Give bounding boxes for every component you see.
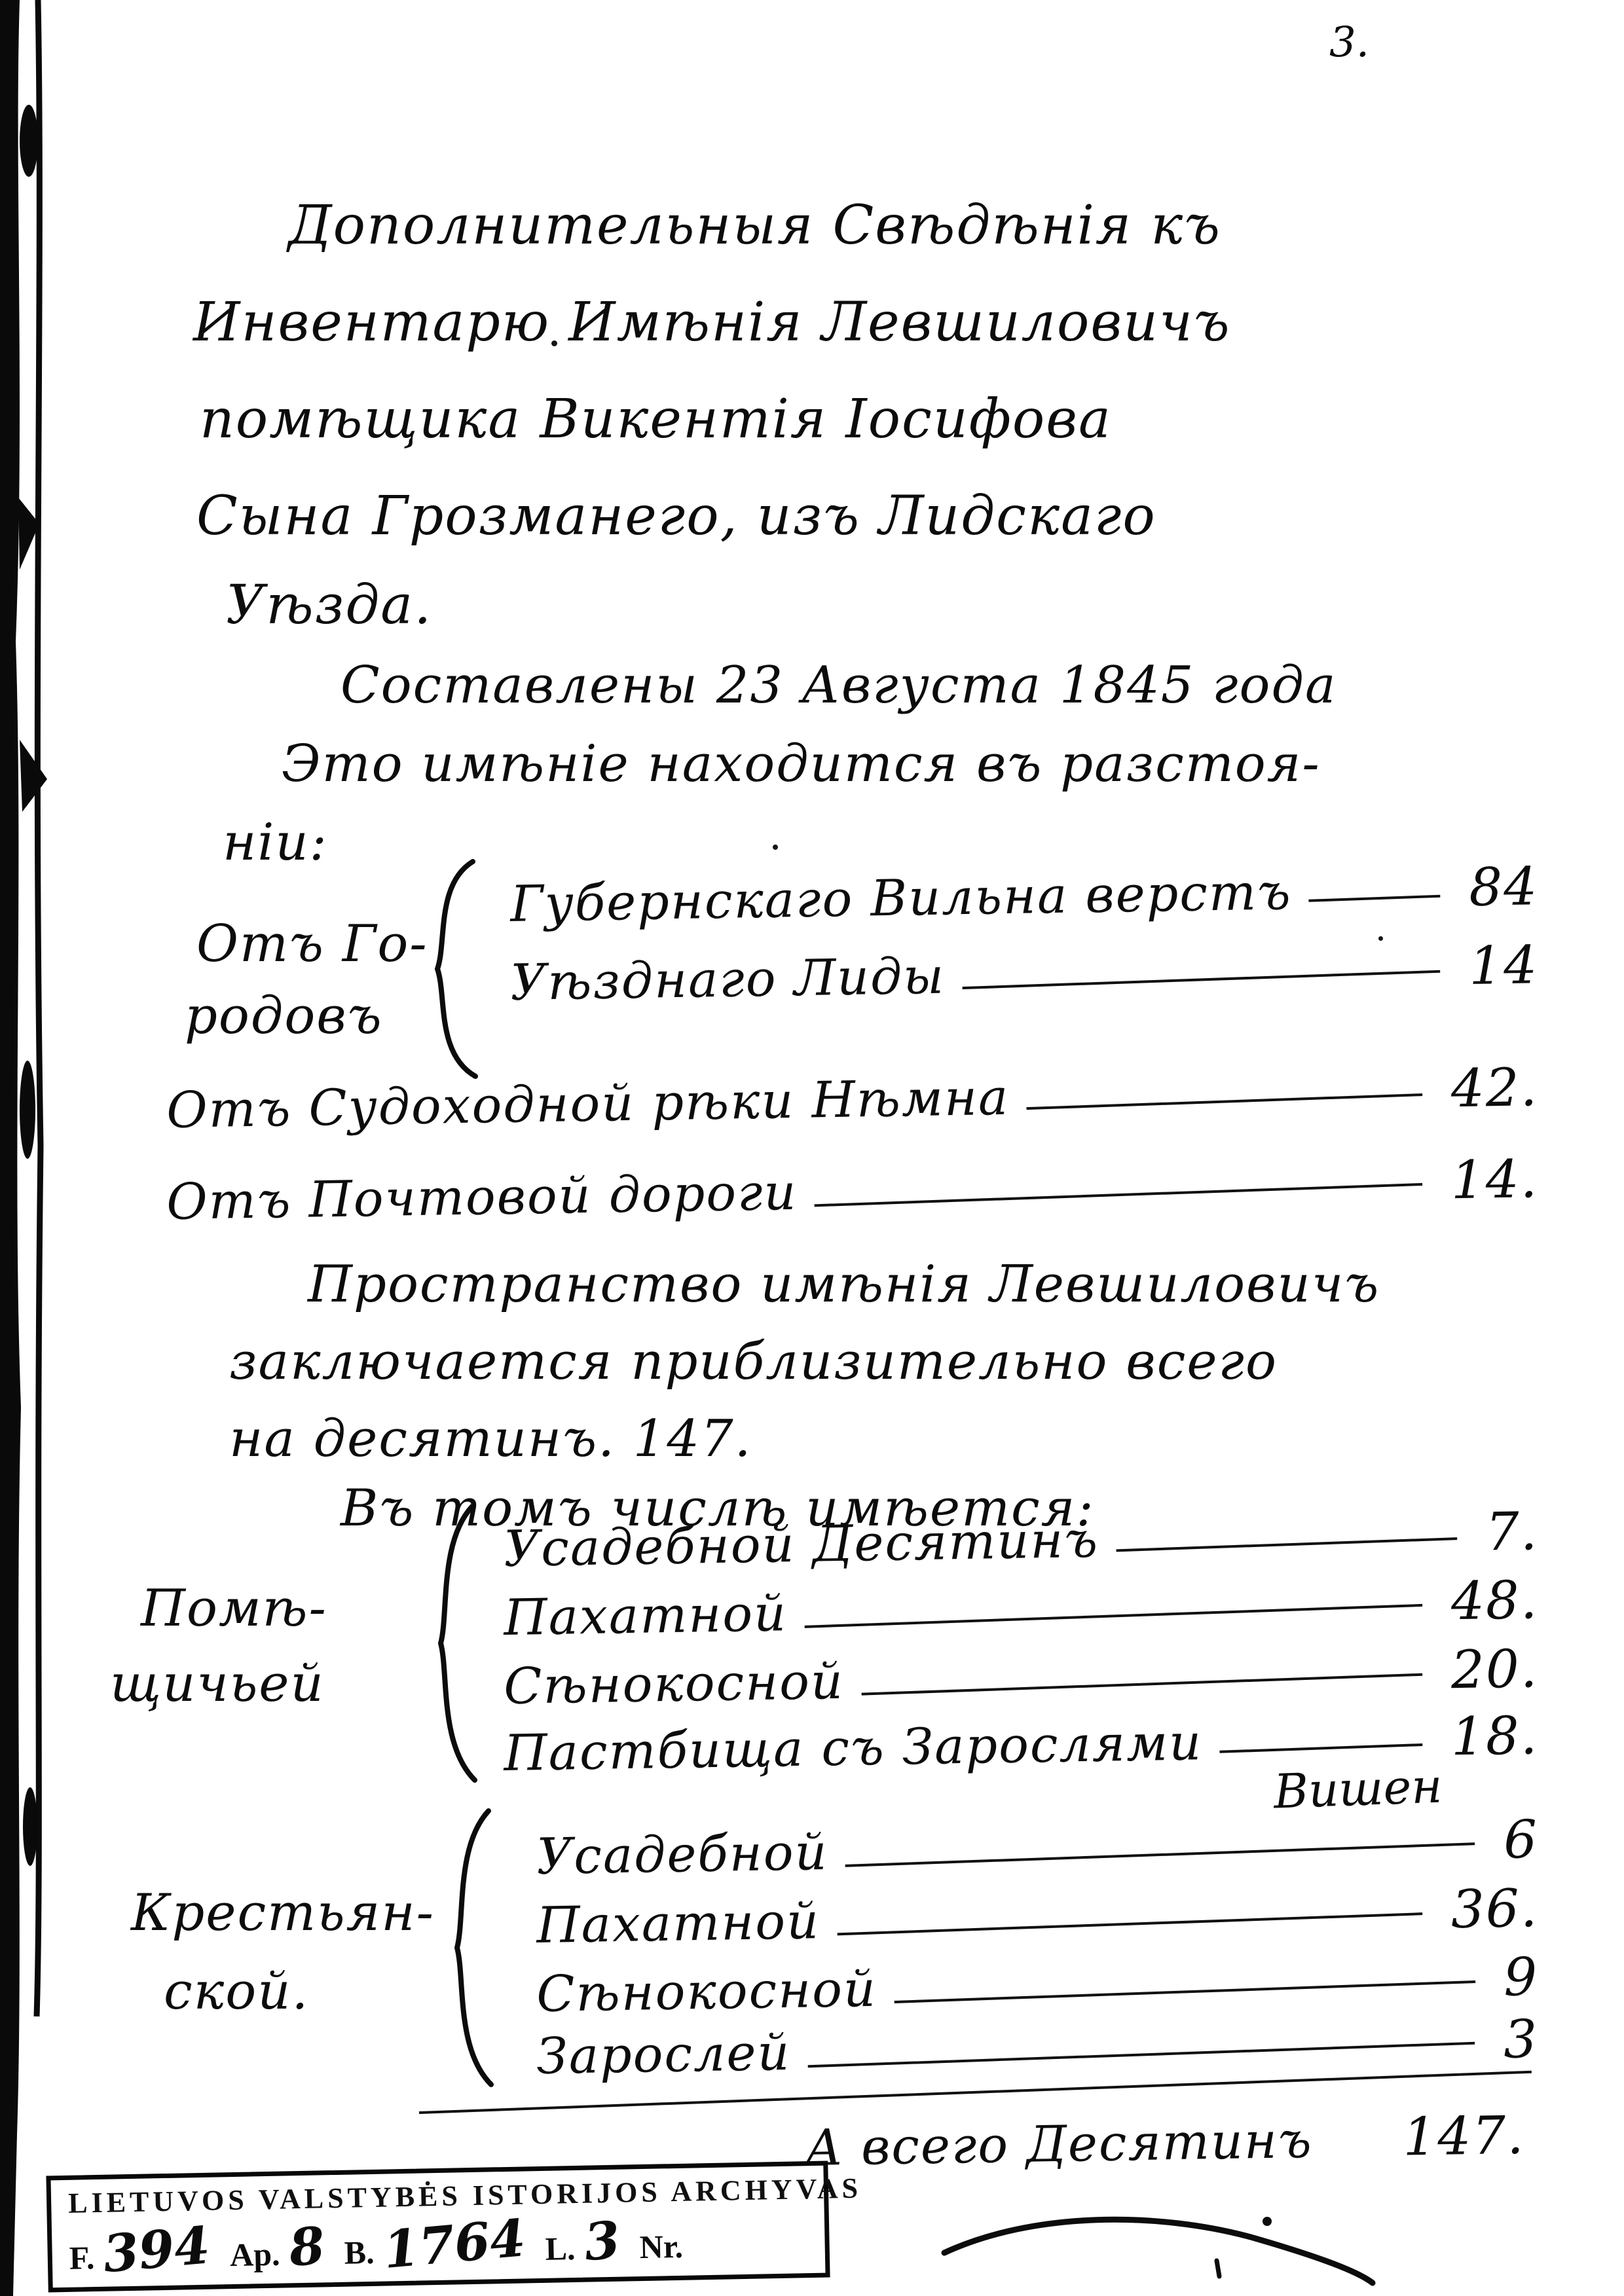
peasant-row-hayfield: Сѣнокосной 9	[536, 1948, 1539, 2022]
distance-row-river: Отъ Судоходной рѣки Нѣмна 42.	[166, 1059, 1539, 1138]
date-text: Составлены 23 Августа 1845 года	[341, 656, 1337, 715]
distance-item-text: Губернскаго Вильна верстъ	[510, 865, 1292, 932]
ink-speck	[1378, 936, 1383, 941]
peasant-row-homestead: Усадебной 6	[536, 1811, 1539, 1884]
leader-line	[861, 1673, 1422, 1696]
distance-item-text: Отъ Почтовой дороги	[166, 1165, 798, 1230]
area-line-2: заключается приблизительно всего	[229, 1334, 1278, 1391]
distance-label-text-2: родовъ	[185, 987, 383, 1046]
manor-row-arable: Пахатной 48.	[504, 1571, 1539, 1645]
stamp-fond-label: F.	[69, 2238, 95, 2277]
distance-value: 14.	[1450, 1150, 1539, 1209]
land-item-text: Усадебной	[536, 1825, 828, 1884]
distance-value: 84	[1469, 858, 1539, 917]
manor-group-brace-icon	[429, 1503, 481, 1784]
distance-value: 42.	[1450, 1059, 1539, 1118]
land-value: 20.	[1450, 1640, 1539, 1699]
distance-label-text-1: Отъ Го-	[196, 915, 428, 974]
land-value: 48.	[1450, 1571, 1539, 1630]
area-line-3: на десятинъ. 147.	[229, 1412, 752, 1468]
stamp-reference-row: F. 394 Ap. 8 B. 1764 L. 3 Nr.	[69, 2217, 808, 2277]
area-line-1: Пространство имѣнія Левшиловичъ	[308, 1257, 1380, 1313]
intro-line-1: Это имѣніе находится въ разстоя-	[282, 737, 1321, 793]
leader-line	[1026, 1093, 1422, 1110]
land-item-text: Зарослей	[536, 2025, 791, 2084]
distance-group-brace-icon	[424, 858, 483, 1080]
distance-item-text: Уѣзднаго Лиды	[510, 949, 946, 1010]
stamp-nr-label: Nr.	[639, 2227, 683, 2266]
leader-line	[808, 2042, 1475, 2068]
leader-line	[1309, 895, 1441, 902]
land-value: 7.	[1485, 1503, 1539, 1561]
page-number: 3.	[1329, 18, 1369, 67]
peasant-row-arable: Пахатной 36.	[536, 1880, 1539, 1953]
stamp-lapas-value: 3	[583, 2220, 622, 2264]
peasant-group-label-1: Крестьян-	[131, 1886, 435, 1942]
land-item-text: Пахатной	[536, 1894, 821, 1953]
distance-group-label-2: родовъ	[185, 989, 383, 1045]
peasant-row-overgrown: Зарослей 3	[536, 2011, 1539, 2084]
stamp-byla-value: 1764	[382, 2218, 527, 2271]
archive-stamp: LIETUVOS VALSTYBĖS ISTORIJOS ARCHYVAS F.…	[46, 2161, 830, 2293]
title-text-4: Сына Грозманего, изъ Лидскаго	[196, 485, 1156, 547]
distance-row-vilna: Губернскаго Вильна верстъ 84	[510, 858, 1539, 932]
title-line-3: помѣщика Викентія Іосифова	[200, 390, 1112, 449]
title-line-5: Уѣзда.	[226, 576, 432, 635]
area-text-2: заключается приблизительно всего	[229, 1332, 1278, 1391]
distance-group-label-1: Отъ Го-	[196, 917, 428, 973]
manor-label-text-2: щичьей	[110, 1654, 325, 1713]
land-item-text: Пахатной	[504, 1586, 788, 1645]
land-value: 36.	[1450, 1880, 1539, 1939]
area-text-1: Пространство имѣнія Левшиловичъ	[308, 1255, 1380, 1314]
total-value: 147.	[1403, 2107, 1525, 2166]
leader-line	[894, 1980, 1475, 2003]
distance-item-text: Отъ Судоходной рѣки Нѣмна	[166, 1070, 1010, 1138]
signature-flourish	[936, 2196, 1408, 2296]
leader-line	[962, 970, 1440, 989]
distance-row-lida: Уѣзднаго Лиды 14	[510, 936, 1539, 1010]
land-value: 3	[1504, 2011, 1539, 2069]
land-value: 6	[1504, 1811, 1539, 1869]
distance-value: 14	[1469, 936, 1539, 995]
leader-line	[804, 1604, 1422, 1628]
leader-line	[845, 1842, 1475, 1867]
title-text-5: Уѣзда.	[226, 574, 432, 636]
leader-line	[837, 1912, 1422, 1935]
total-row: А всего Десятинъ 147.	[805, 2106, 1552, 2176]
margin-note: Вишен	[1273, 1758, 1443, 1819]
manor-label-text-1: Помѣ-	[141, 1579, 327, 1638]
stamp-apyrasas-value: 8	[287, 2226, 327, 2270]
title-text-2: Инвентарю Имѣнія Левшиловичъ	[193, 291, 1231, 354]
land-item-text: Сѣнокосной	[504, 1654, 845, 1714]
leader-line	[1116, 1537, 1457, 1552]
peasant-label-text-1: Крестьян-	[131, 1884, 435, 1942]
stamp-fond-value: 394	[102, 2225, 212, 2276]
stamp-apyrasas-label: Ap.	[229, 2235, 280, 2274]
stamp-lapas-label: L.	[545, 2229, 576, 2268]
title-line-1: Дополнительныя Свѣдѣнія къ	[288, 196, 1221, 255]
distance-row-road: Отъ Почтовой дороги 14.	[166, 1150, 1539, 1230]
manor-row-hayfield: Сѣнокосной 20.	[504, 1640, 1539, 1714]
area-text-3: на десятинъ. 147.	[229, 1410, 752, 1468]
land-value: 9	[1504, 1948, 1539, 2007]
manor-group-label-1: Помѣ-	[141, 1581, 327, 1637]
title-line-2: Инвентарю Имѣнія Левшиловичъ	[193, 293, 1231, 352]
intro-text-2: ніи:	[223, 813, 328, 872]
peasant-label-text-2: ской.	[164, 1962, 309, 2021]
ink-speck	[551, 340, 557, 346]
manor-group-label-2: щичьей	[110, 1656, 325, 1713]
land-item-text: Пастбища съ Зарослями	[504, 1715, 1203, 1781]
scanned-document-page: 3. Дополнительныя Свѣдѣнія къ Инвентарю …	[0, 0, 1624, 2296]
title-text-3: помѣщика Викентія Іосифова	[200, 388, 1112, 450]
land-item-text: Сѣнокосной	[536, 1961, 877, 2022]
leader-line	[1219, 1743, 1422, 1753]
land-value: 18.	[1450, 1707, 1539, 1766]
total-gap	[1313, 2166, 1392, 2168]
stamp-title: LIETUVOS VALSTYBĖS ISTORIJOS ARCHYVAS	[68, 2172, 807, 2220]
land-item-text: Усадебной Десятинъ	[504, 1512, 1099, 1576]
stamp-byla-label: B.	[344, 2233, 375, 2272]
leader-line	[815, 1183, 1422, 1207]
title-line-4: Сына Грозманего, изъ Лидскаго	[196, 487, 1156, 546]
total-text: А всего Десятинъ	[805, 2113, 1313, 2176]
intro-line-2: ніи:	[223, 815, 328, 871]
peasant-group-brace-icon	[445, 1807, 498, 2088]
ink-speck	[773, 845, 778, 850]
binding-edge-artifact	[0, 0, 72, 2296]
title-text-1: Дополнительныя Свѣдѣнія къ	[288, 194, 1221, 257]
intro-text-1: Это имѣніе находится въ разстоя-	[282, 735, 1321, 793]
date-line: Составлены 23 Августа 1845 года	[341, 658, 1337, 714]
peasant-group-label-2: ской.	[164, 1964, 309, 2020]
